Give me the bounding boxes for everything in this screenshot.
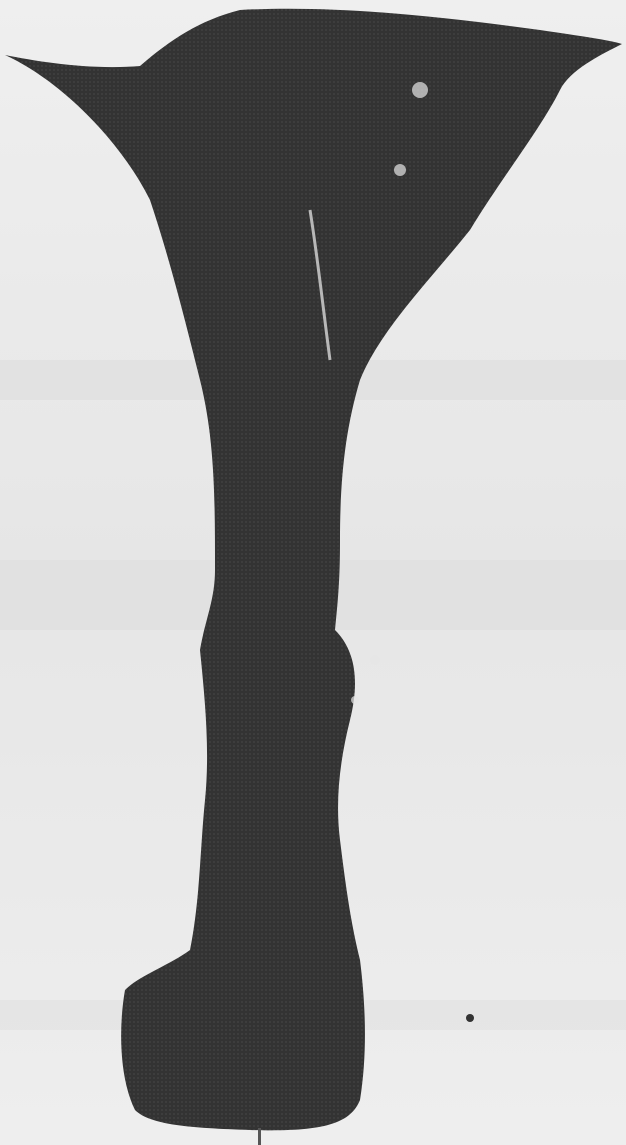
vessel-illustration bbox=[0, 0, 626, 1145]
stand-line bbox=[258, 1128, 261, 1145]
speck bbox=[466, 1014, 474, 1022]
vessel-photograph bbox=[0, 0, 626, 1145]
